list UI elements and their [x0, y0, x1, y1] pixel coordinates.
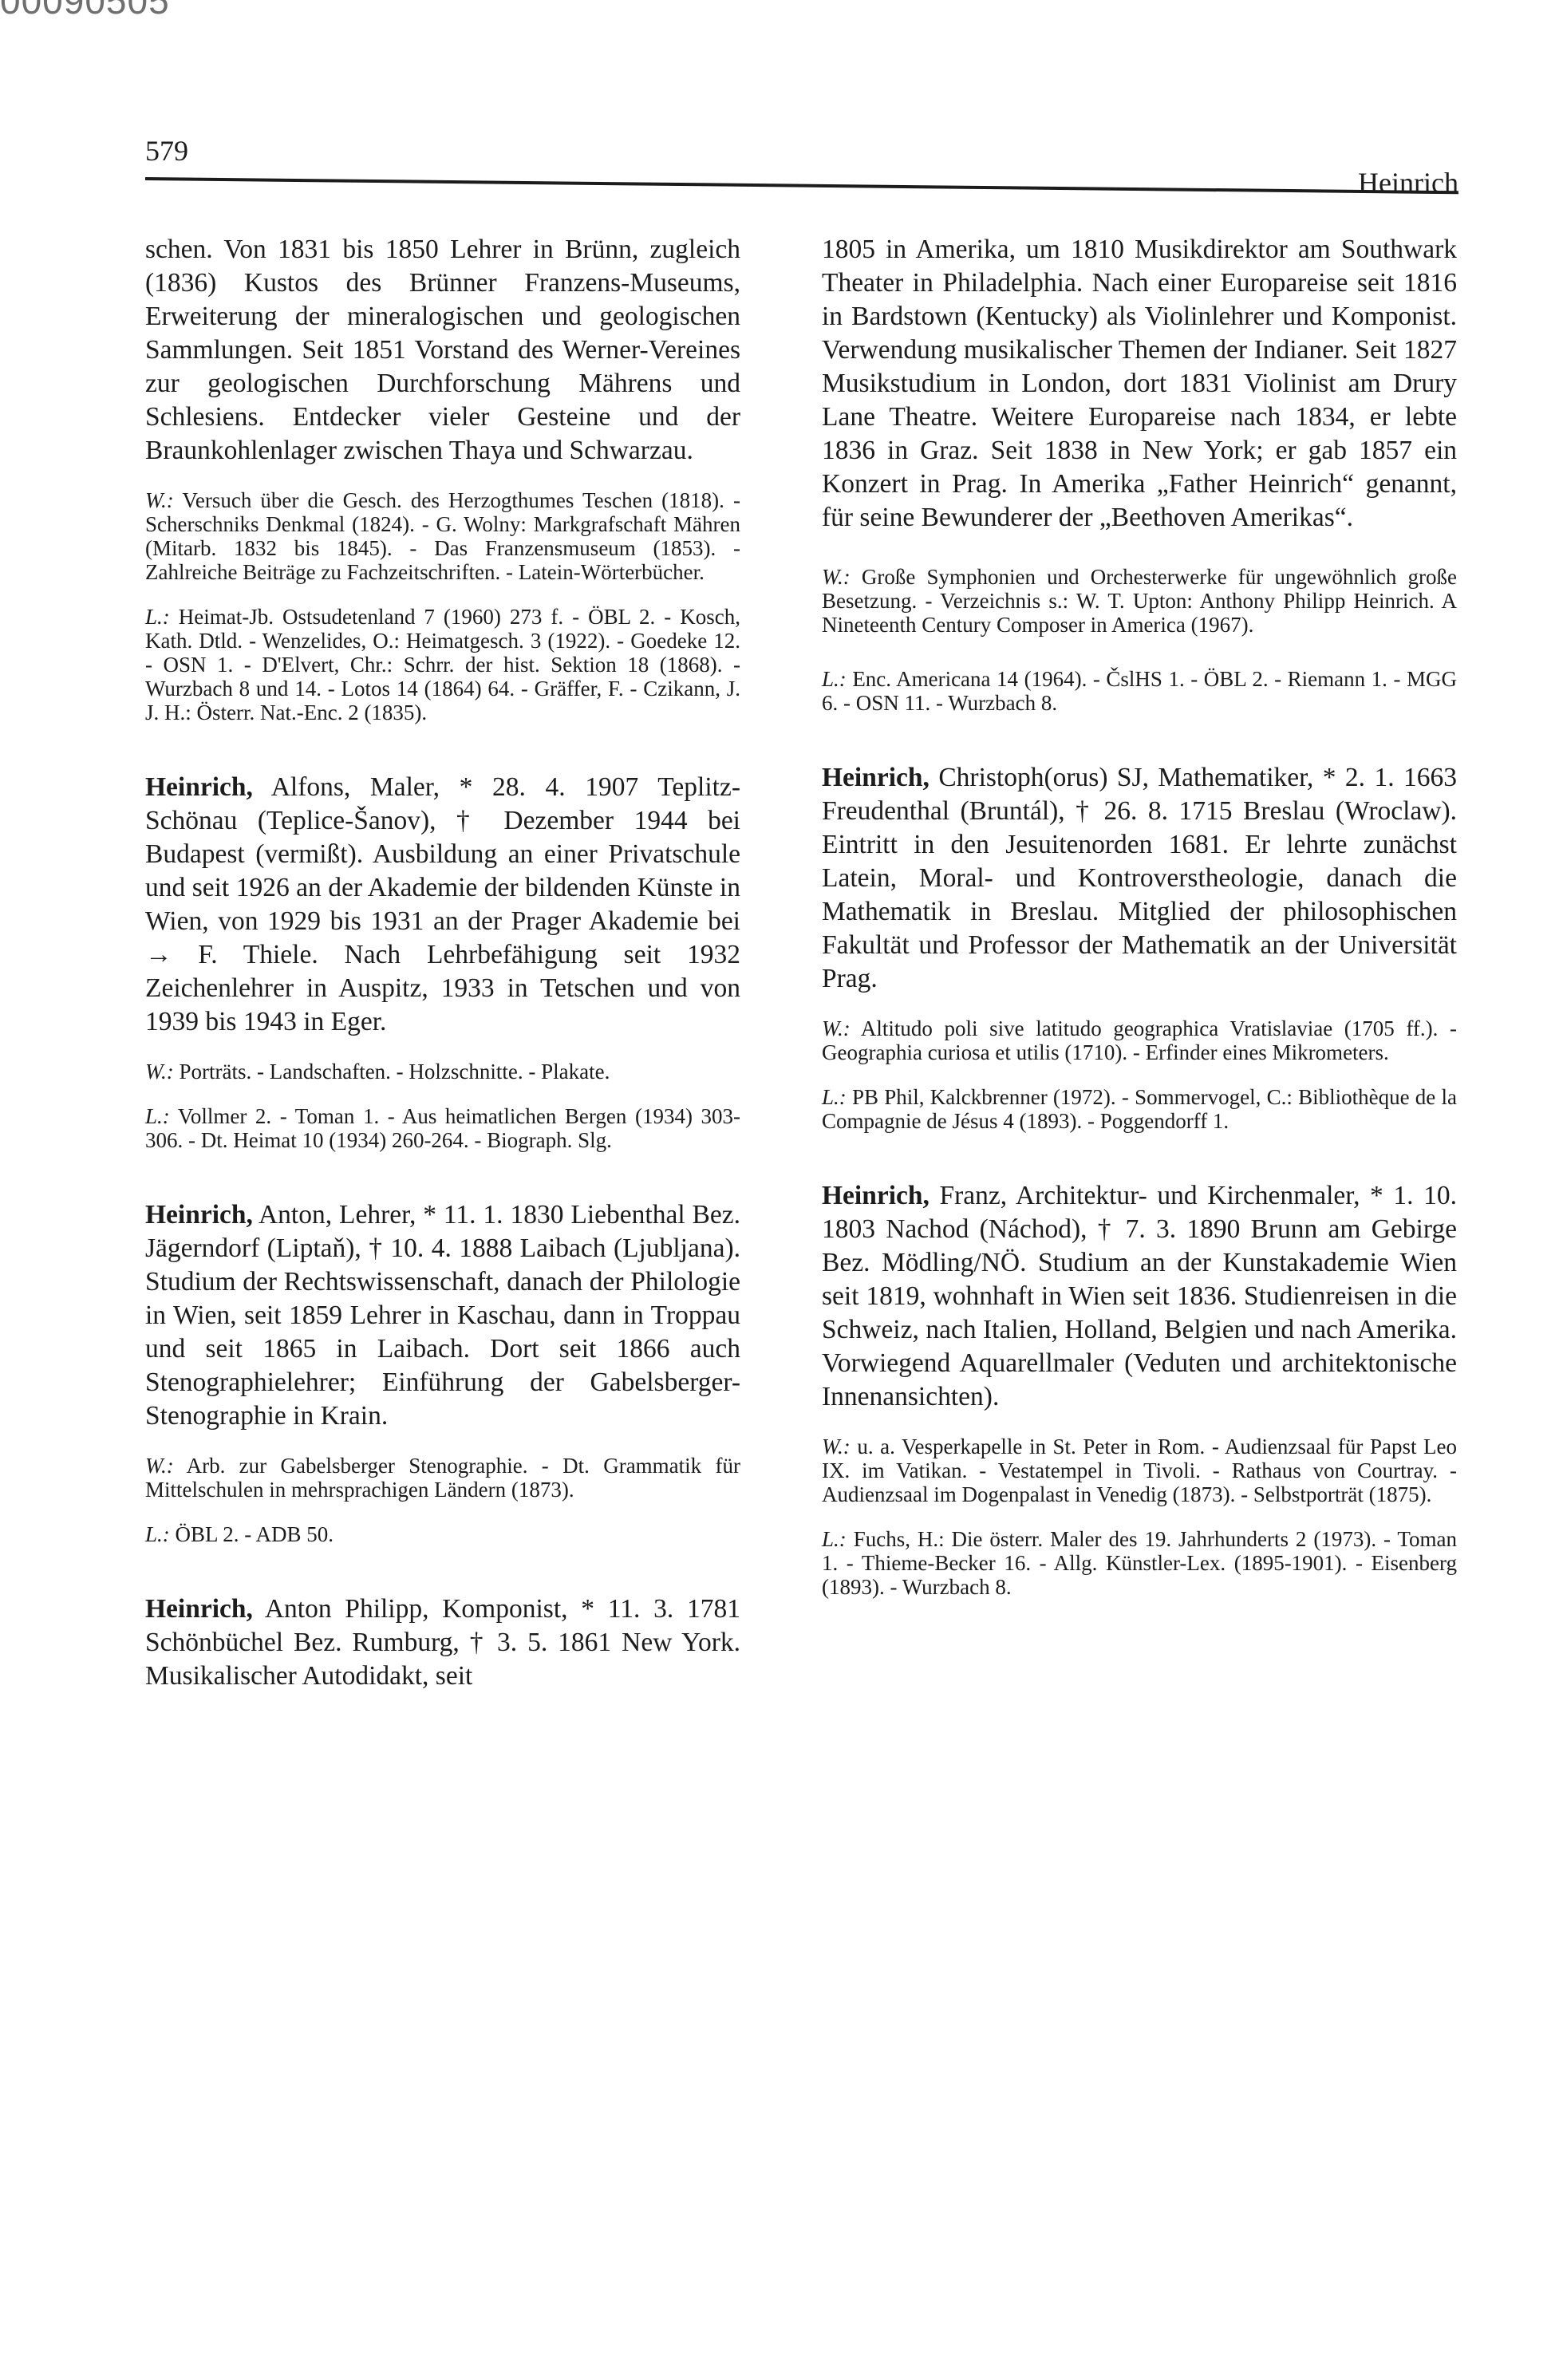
entry-lemma: Heinrich, — [822, 763, 930, 792]
entry-body: Heinrich, Anton, Lehrer, * 11. 1. 1830 L… — [145, 1198, 740, 1433]
entry-body: schen. Von 1831 bis 1850 Lehrer in Brünn… — [145, 233, 740, 468]
entry-lemma: Heinrich, — [145, 1594, 253, 1624]
entry-text: Franz, Architektur- und Kirchenmaler, * … — [822, 1181, 1457, 1411]
running-head-title: Heinrich — [1358, 166, 1458, 199]
entry-heinrich-christoph: Heinrich, Christoph(orus) SJ, Mathematik… — [822, 761, 1457, 1133]
literature-list: L.: Fuchs, H.: Die österr. Maler des 19.… — [822, 1527, 1457, 1599]
entry-heinrich-franz: Heinrich, Franz, Architektur- und Kirche… — [822, 1179, 1457, 1599]
works-list: W.: Altitudo poli sive latitudo geograph… — [822, 1016, 1457, 1064]
works-text: Große Symphonien und Orchesterwerke für … — [822, 565, 1457, 637]
entry-heinrich-anton: Heinrich, Anton, Lehrer, * 11. 1. 1830 L… — [145, 1198, 740, 1546]
literature-label: L.: — [145, 1522, 170, 1546]
entry-lemma: Heinrich, — [145, 772, 253, 802]
works-label: W.: — [145, 1060, 174, 1083]
left-column: schen. Von 1831 bis 1850 Lehrer in Brünn… — [145, 233, 740, 1693]
works-list: W.: Versuch über die Gesch. des Herzogth… — [145, 488, 740, 584]
literature-list: L.: PB Phil, Kalckbrenner (1972). - Somm… — [822, 1085, 1457, 1133]
literature-list: L.: Enc. Americana 14 (1964). - ČslHS 1.… — [822, 667, 1457, 715]
works-label: W.: — [822, 1435, 851, 1458]
entry-continuation: schen. Von 1831 bis 1850 Lehrer in Brünn… — [145, 233, 740, 724]
literature-label: L.: — [822, 1527, 847, 1551]
literature-label: L.: — [822, 1085, 847, 1109]
literature-text: Enc. Americana 14 (1964). - ČslHS 1. - Ö… — [822, 667, 1457, 715]
literature-label: L.: — [145, 1104, 170, 1128]
literature-text: ÖBL 2. - ADB 50. — [176, 1522, 334, 1546]
works-list: W.: Arb. zur Gabelsberger Stenographie. … — [145, 1454, 740, 1502]
works-text: Altitudo poli sive latitudo geographica … — [822, 1016, 1457, 1064]
works-text: Versuch über die Gesch. des Herzogthumes… — [145, 488, 740, 584]
literature-list: L.: Heimat-Jb. Ostsudetenland 7 (1960) 2… — [145, 605, 740, 724]
literature-list: L.: ÖBL 2. - ADB 50. — [145, 1522, 740, 1546]
entry-body: 1805 in Amerika, um 1810 Musikdirektor a… — [822, 233, 1457, 535]
entry-continuation: 1805 in Amerika, um 1810 Musikdirektor a… — [822, 233, 1457, 715]
entry-heinrich-anton-philipp: Heinrich, Anton Philipp, Komponist, * 11… — [145, 1593, 740, 1693]
entry-body: Heinrich, Alfons, Maler, * 28. 4. 1907 T… — [145, 771, 740, 1039]
entry-lemma: Heinrich, — [145, 1200, 253, 1229]
literature-text: PB Phil, Kalckbrenner (1972). - Sommervo… — [822, 1085, 1457, 1133]
works-label: W.: — [145, 488, 174, 512]
literature-list: L.: Vollmer 2. - Toman 1. - Aus heimatli… — [145, 1104, 740, 1152]
literature-text: Heimat-Jb. Ostsudetenland 7 (1960) 273 f… — [145, 605, 740, 724]
entry-heinrich-alfons: Heinrich, Alfons, Maler, * 28. 4. 1907 T… — [145, 771, 740, 1152]
works-text: Arb. zur Gabelsberger Stenographie. - Dt… — [145, 1454, 740, 1502]
literature-text: Vollmer 2. - Toman 1. - Aus heimatlichen… — [145, 1104, 740, 1152]
entry-text: Anton, Lehrer, * 11. 1. 1830 Liebenthal … — [145, 1200, 740, 1431]
entry-text: Alfons, Maler, * 28. 4. 1907 Teplitz-Sch… — [145, 772, 740, 1036]
works-text: u. a. Vesperkapelle in St. Peter in Rom.… — [822, 1435, 1457, 1506]
running-head: 579 Heinrich — [145, 134, 1458, 198]
works-text: Porträts. - Landschaften. - Holzschnitte… — [180, 1060, 610, 1083]
entry-body: Heinrich, Franz, Architektur- und Kirche… — [822, 1179, 1457, 1414]
scan-id: 00090505 — [0, 0, 170, 22]
entry-body: Heinrich, Christoph(orus) SJ, Mathematik… — [822, 761, 1457, 996]
works-label: W.: — [822, 565, 851, 589]
entry-text: Christoph(orus) SJ, Mathematiker, * 2. 1… — [822, 763, 1457, 993]
works-label: W.: — [145, 1454, 174, 1478]
literature-label: L.: — [822, 667, 847, 691]
works-list: W.: u. a. Vesperkapelle in St. Peter in … — [822, 1435, 1457, 1506]
works-list: W.: Große Symphonien und Orchesterwerke … — [822, 565, 1457, 637]
page-number: 579 — [145, 134, 188, 168]
literature-label: L.: — [145, 605, 170, 629]
header-rule — [145, 177, 1458, 194]
entry-body: Heinrich, Anton Philipp, Komponist, * 11… — [145, 1593, 740, 1693]
literature-text: Fuchs, H.: Die österr. Maler des 19. Jah… — [822, 1527, 1457, 1599]
works-label: W.: — [822, 1016, 851, 1040]
works-list: W.: Porträts. - Landschaften. - Holzschn… — [145, 1060, 740, 1083]
entry-lemma: Heinrich, — [822, 1181, 930, 1210]
right-column: 1805 in Amerika, um 1810 Musikdirektor a… — [822, 233, 1457, 1599]
